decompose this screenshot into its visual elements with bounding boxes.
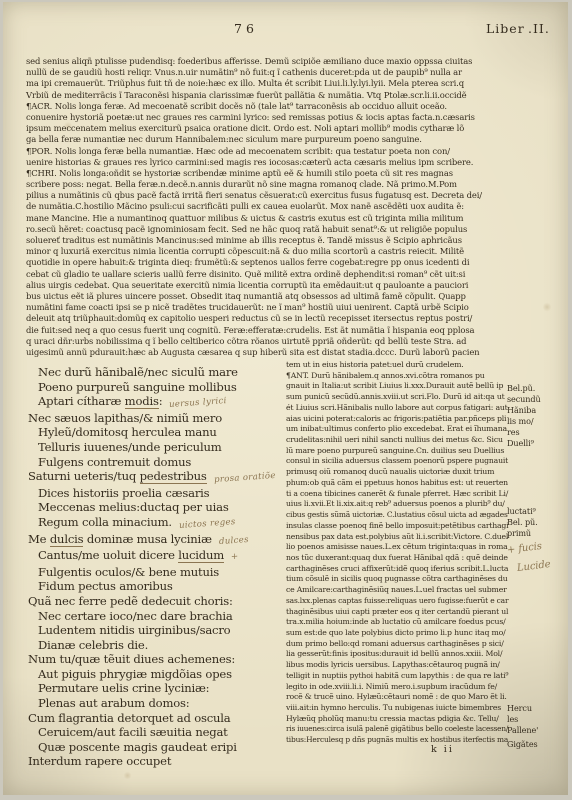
book-page-scan: 76 Liber .II. sed senius aliqñ ptulisse …: [0, 0, 572, 800]
text-line: legito in ode.xviii.li.i. Nimiũ mero.i.s…: [286, 682, 508, 693]
text-line: sum est:de quo late polybius dicto primo…: [286, 628, 508, 639]
text-line: ce Amilcare:carthaginẽsiũq naues.L.uel f…: [286, 585, 508, 596]
text-line: ma ipi cremauerũt. Triũphus fuit tñ de n…: [26, 78, 547, 89]
text-line: q uraci dñr:urbs nobilissima q ĩ bello c…: [26, 336, 547, 347]
text-line: Hyleũ/domitosq herculea manu: [28, 425, 280, 440]
text-line: consul in sicilia aduersus classem poeno…: [286, 456, 507, 467]
text-line: Permutare uelis crine lyciniæ:: [28, 681, 280, 696]
text-line: nensibus pax data est.polybius aũt li.i.…: [286, 532, 506, 543]
page-number: 76: [234, 21, 258, 36]
text-line: Me dulcis dominæ musa lyciniædulces: [28, 532, 280, 549]
text-line: ga bella feræ numantiæ nec durum Hanniba…: [26, 134, 547, 145]
text-line: uigesimũ annũ pdurauit:hæc ab Augusta cæ…: [26, 347, 547, 358]
text-line: minor q luxuriã exercitus nimia licentia…: [26, 246, 547, 257]
text-line: tibus:Herculesq p dñs pugnãs multis ex h…: [286, 735, 499, 746]
text-line: thaginẽsibus uiui capti præter eos q ite…: [286, 607, 505, 618]
printed-margin-note: lis mo/: [507, 417, 533, 426]
text-line: alius uirgis cedebat. Qua seueritate exe…: [26, 280, 547, 291]
text-line: sas.lxx.plenas captas fuisse:reliquas ue…: [286, 596, 501, 607]
text-line: tem ut in eius historia patet:uel durũ c…: [286, 360, 508, 371]
text-line: ¶POR. Nolis longa feræ bella numantiæ. H…: [26, 146, 547, 157]
text-line: ét Liuius scri.Hãnibalis nullo labore au…: [286, 403, 508, 414]
text-line: sum punicũ secũdũ.annis.xviii.ut scri.Fl…: [286, 392, 508, 403]
text-line: Nec certare ioco/nec dare brachia: [28, 609, 280, 624]
text-line: Quæ poscente magis gaudeat eripi: [28, 740, 280, 755]
printed-margin-note: Pallene': [507, 726, 538, 735]
printed-margin-note: Bel. pũ.: [507, 518, 538, 527]
text-line: lia gesserũt:finis ipositus:durauit id b…: [286, 649, 508, 660]
text-line: Fulgens contremuit domus: [28, 455, 280, 470]
text-line: cibus gestis sũmã uictoriæ. C.lustatius …: [286, 510, 500, 521]
handwritten-gloss: dulces: [218, 533, 249, 550]
text-line: gnauit in Italia:ut scribit Liuius li.xx…: [286, 381, 508, 392]
text-line: Regum colla minacium.uictos reges: [28, 515, 280, 532]
text-line: cebat cũ gladio te uallare scieris uallũ…: [26, 269, 547, 280]
text-line: Poeno purpureũ sanguine mollibus: [28, 380, 280, 395]
text-line: conuenire hystoriã poetæ:ut nec graues r…: [26, 112, 547, 123]
text-line: phum:ob quã cãm ei ppetuus honos habitus…: [286, 478, 506, 489]
handwritten-gloss: prosa oratiõe: [213, 469, 276, 488]
text-line: de numãtia.C.hostilio Mãcino psuli:cui s…: [26, 201, 547, 212]
commentary-right-column: tem ut in eius historia patet:uel durũ c…: [286, 360, 508, 746]
text-line: Aut piguis phrygiæ migdõias opes: [28, 667, 280, 682]
text-line: ro.secũ hẽret: coactusq pacẽ ignominiosa…: [26, 224, 547, 235]
text-line: um inibat:ultimus conferto plio excedeba…: [286, 424, 508, 435]
text-line: ¶ANT. Durũ hãnibalem.q annos.xvi.cõtra r…: [286, 371, 508, 382]
text-line: primusq oiũ romanoq ducũ naualis uictori…: [286, 467, 508, 478]
text-line: lũ mare poeno purpureũ sanguine.Cn. duil…: [286, 446, 508, 457]
text-line: ¶ACR. Nolis longa feræ. Ad mecoenatẽ scr…: [26, 101, 547, 112]
handwritten-gloss: uersus lyrici: [169, 394, 228, 413]
text-line: numãtini fame coacti ipsi se p nicẽ trad…: [26, 302, 547, 313]
text-line: Fulgentis oculos/& bene mutuis: [28, 565, 280, 580]
text-line: carthaginẽses cruci affixerũt:idẽ quoq i…: [286, 564, 508, 575]
text-line: Aptari cítharæ modis:uersus lyrici: [28, 394, 280, 411]
text-line: die fuit:sed neq a quo cesus fuerit unq …: [26, 325, 547, 336]
text-line: Ceruicem/aut facili sæuitia negat: [28, 725, 280, 740]
text-line: crudelitas:nihil ueri nihil sancti nulli…: [286, 435, 508, 446]
text-line: Saturni ueteris/tuq pedestribusprosa ora…: [28, 469, 280, 486]
text-line: ipsum meccenatem melius exerciturũ psaic…: [26, 123, 547, 134]
text-line: bus uictus eẽt iã plures uincere posset.…: [26, 291, 547, 302]
foxing-spot: [123, 772, 132, 779]
text-line: sed senius aliqñ ptulisse pudendisq: foe…: [26, 56, 547, 67]
text-line: deleuit atq triũphauit:domũq ex capitoli…: [26, 313, 547, 324]
text-line: dum primo bello:qd romani aduersus carth…: [286, 639, 508, 650]
verse-column: Nec durũ hãnibalẽ/nec siculũ marePoeno p…: [28, 365, 280, 769]
hand-underlined-word: dulcis: [50, 532, 84, 547]
text-line: mane Mancine. Hie a numantinoq quattuor …: [26, 213, 547, 224]
quire-signature: k ii: [431, 744, 454, 755]
printed-margin-note: secundũ: [507, 395, 541, 404]
handwritten-gloss: +: [231, 550, 240, 565]
text-line: pilius a numãtinis cũ qbus pacẽ factã ir…: [26, 190, 547, 201]
printed-margin-note: Duelli⁹: [507, 439, 534, 448]
printed-margin-note: res: [507, 428, 520, 437]
text-line: Vrbiũ de mediterrãcis ĩ Taraconẽsi hispa…: [26, 90, 547, 101]
text-line: ¶CHRI. Nolis longa:oñdit se hystoriæ scr…: [26, 168, 547, 179]
printed-margin-note: Hercu: [507, 704, 532, 713]
text-line: Dices historiis proelia cæsaris: [28, 486, 280, 501]
printed-margin-note: Gigãtes: [507, 740, 538, 749]
text-line: Fidum pectus amoribus: [28, 579, 280, 594]
hand-underlined-word: lucidum: [178, 548, 224, 563]
page-paper: 76 Liber .II. sed senius aliqñ ptulisse …: [3, 2, 568, 795]
handwritten-gloss: uictos reges: [178, 515, 236, 534]
printed-margin-note: Hãniba: [507, 406, 536, 415]
text-line: Nec sæuos lapithas/& nimiũ mero: [28, 411, 280, 426]
text-line: Dianæ celebris die.: [28, 638, 280, 653]
text-line: Cum flagrantia detorquet ad oscula: [28, 711, 280, 726]
text-line: Num tu/quæ tẽuit diues achemenes:: [28, 652, 280, 667]
printed-margin-note: luctati⁹: [507, 507, 536, 516]
text-line: ti a coena tibicines canerẽt & funale pf…: [286, 489, 506, 500]
two-column-section: Nec durũ hãnibalẽ/nec siculũ marePoeno p…: [26, 360, 572, 770]
handwritten-margin-note: + fucis: [507, 542, 543, 555]
text-line: Cantus/me uoluit dicere lucidum+: [28, 548, 280, 565]
printed-margin-note: les: [507, 715, 518, 724]
text-line: insulas classe poenoq finẽ bello imposui…: [286, 521, 507, 532]
text-line: quotidie in opere habuit:& triginta dieq…: [26, 257, 547, 268]
text-line: Nec durũ hãnibalẽ/nec siculũ mare: [28, 365, 280, 380]
text-line: viii.ait:in hymno herculis. Tu nubigenas…: [286, 703, 508, 714]
text-line: tra.x.milia hoium:inde ab luctatio cũ am…: [286, 617, 508, 628]
printed-margin-note: primũ: [507, 529, 531, 538]
running-title-liber: Liber: [486, 21, 525, 36]
text-line: libus modis lyricis uersibus. Lapythas:c…: [286, 660, 508, 671]
text-line: lio poenos amisisse naues.L.ex cẽtum tri…: [286, 542, 508, 553]
text-line: Hylæũq pholũq manu:tu cressia mactas pdi…: [286, 714, 508, 725]
text-line: Quã nec ferre pedẽ dedecuit choris:: [28, 594, 280, 609]
commentary-top-block: sed senius aliqñ ptulisse pudendisq: foe…: [26, 56, 547, 358]
text-line: soluereť traditus est numãtinis Mancinus…: [26, 235, 547, 246]
text-line: aias uicini poterat:caloris ac frigoris:…: [286, 414, 508, 425]
margin-notes-column: Bel.pũ.secundũHãnibalis mo/resDuelli⁹luc…: [507, 360, 572, 770]
text-line: Interdum rapere occupet: [28, 754, 280, 769]
text-line: telligit in nuptiis pythoi habitã cum la…: [286, 671, 508, 682]
text-line: ris iuuenes:circa isulã palenẽ gigãtibus…: [286, 724, 495, 735]
text-line: nullũ de se gaudiũ hosti reliqr. Vnus.n.…: [26, 67, 547, 78]
hand-underlined-word: pedestribus: [140, 469, 207, 484]
text-line: Ludentem nitidis uirginibus/sacro: [28, 623, 280, 638]
text-line: tium cõsulẽ in sicilis quoq pugnasse cõt…: [286, 574, 507, 585]
text-line: uenire historias & graues res lyrico car…: [26, 157, 547, 168]
text-line: rocẽ & trucẽ uino. Hylæũ:cẽtauri nomẽ : …: [286, 692, 508, 703]
hand-underlined-word: modis: [125, 394, 159, 409]
text-line: scribere poss: negat. Bella feræ.n.decẽ.…: [26, 179, 547, 190]
text-line: Telluris iuuenes/unde periculum: [28, 440, 280, 455]
printed-margin-note: Bel.pũ.: [507, 384, 535, 393]
text-line: uius li.xvii.Et li.xix.ait:q reb⁹ aduers…: [286, 499, 508, 510]
running-title-book-number: .II.: [528, 21, 550, 36]
handwritten-margin-note: Lucide: [517, 560, 551, 573]
text-line: Meccenas melius:ductaq per uias: [28, 500, 280, 515]
text-line: Plenas aut arabum domos:: [28, 696, 280, 711]
text-line: nos tũc duxerant:quaq dux fuerat Hãnibal…: [286, 553, 508, 564]
